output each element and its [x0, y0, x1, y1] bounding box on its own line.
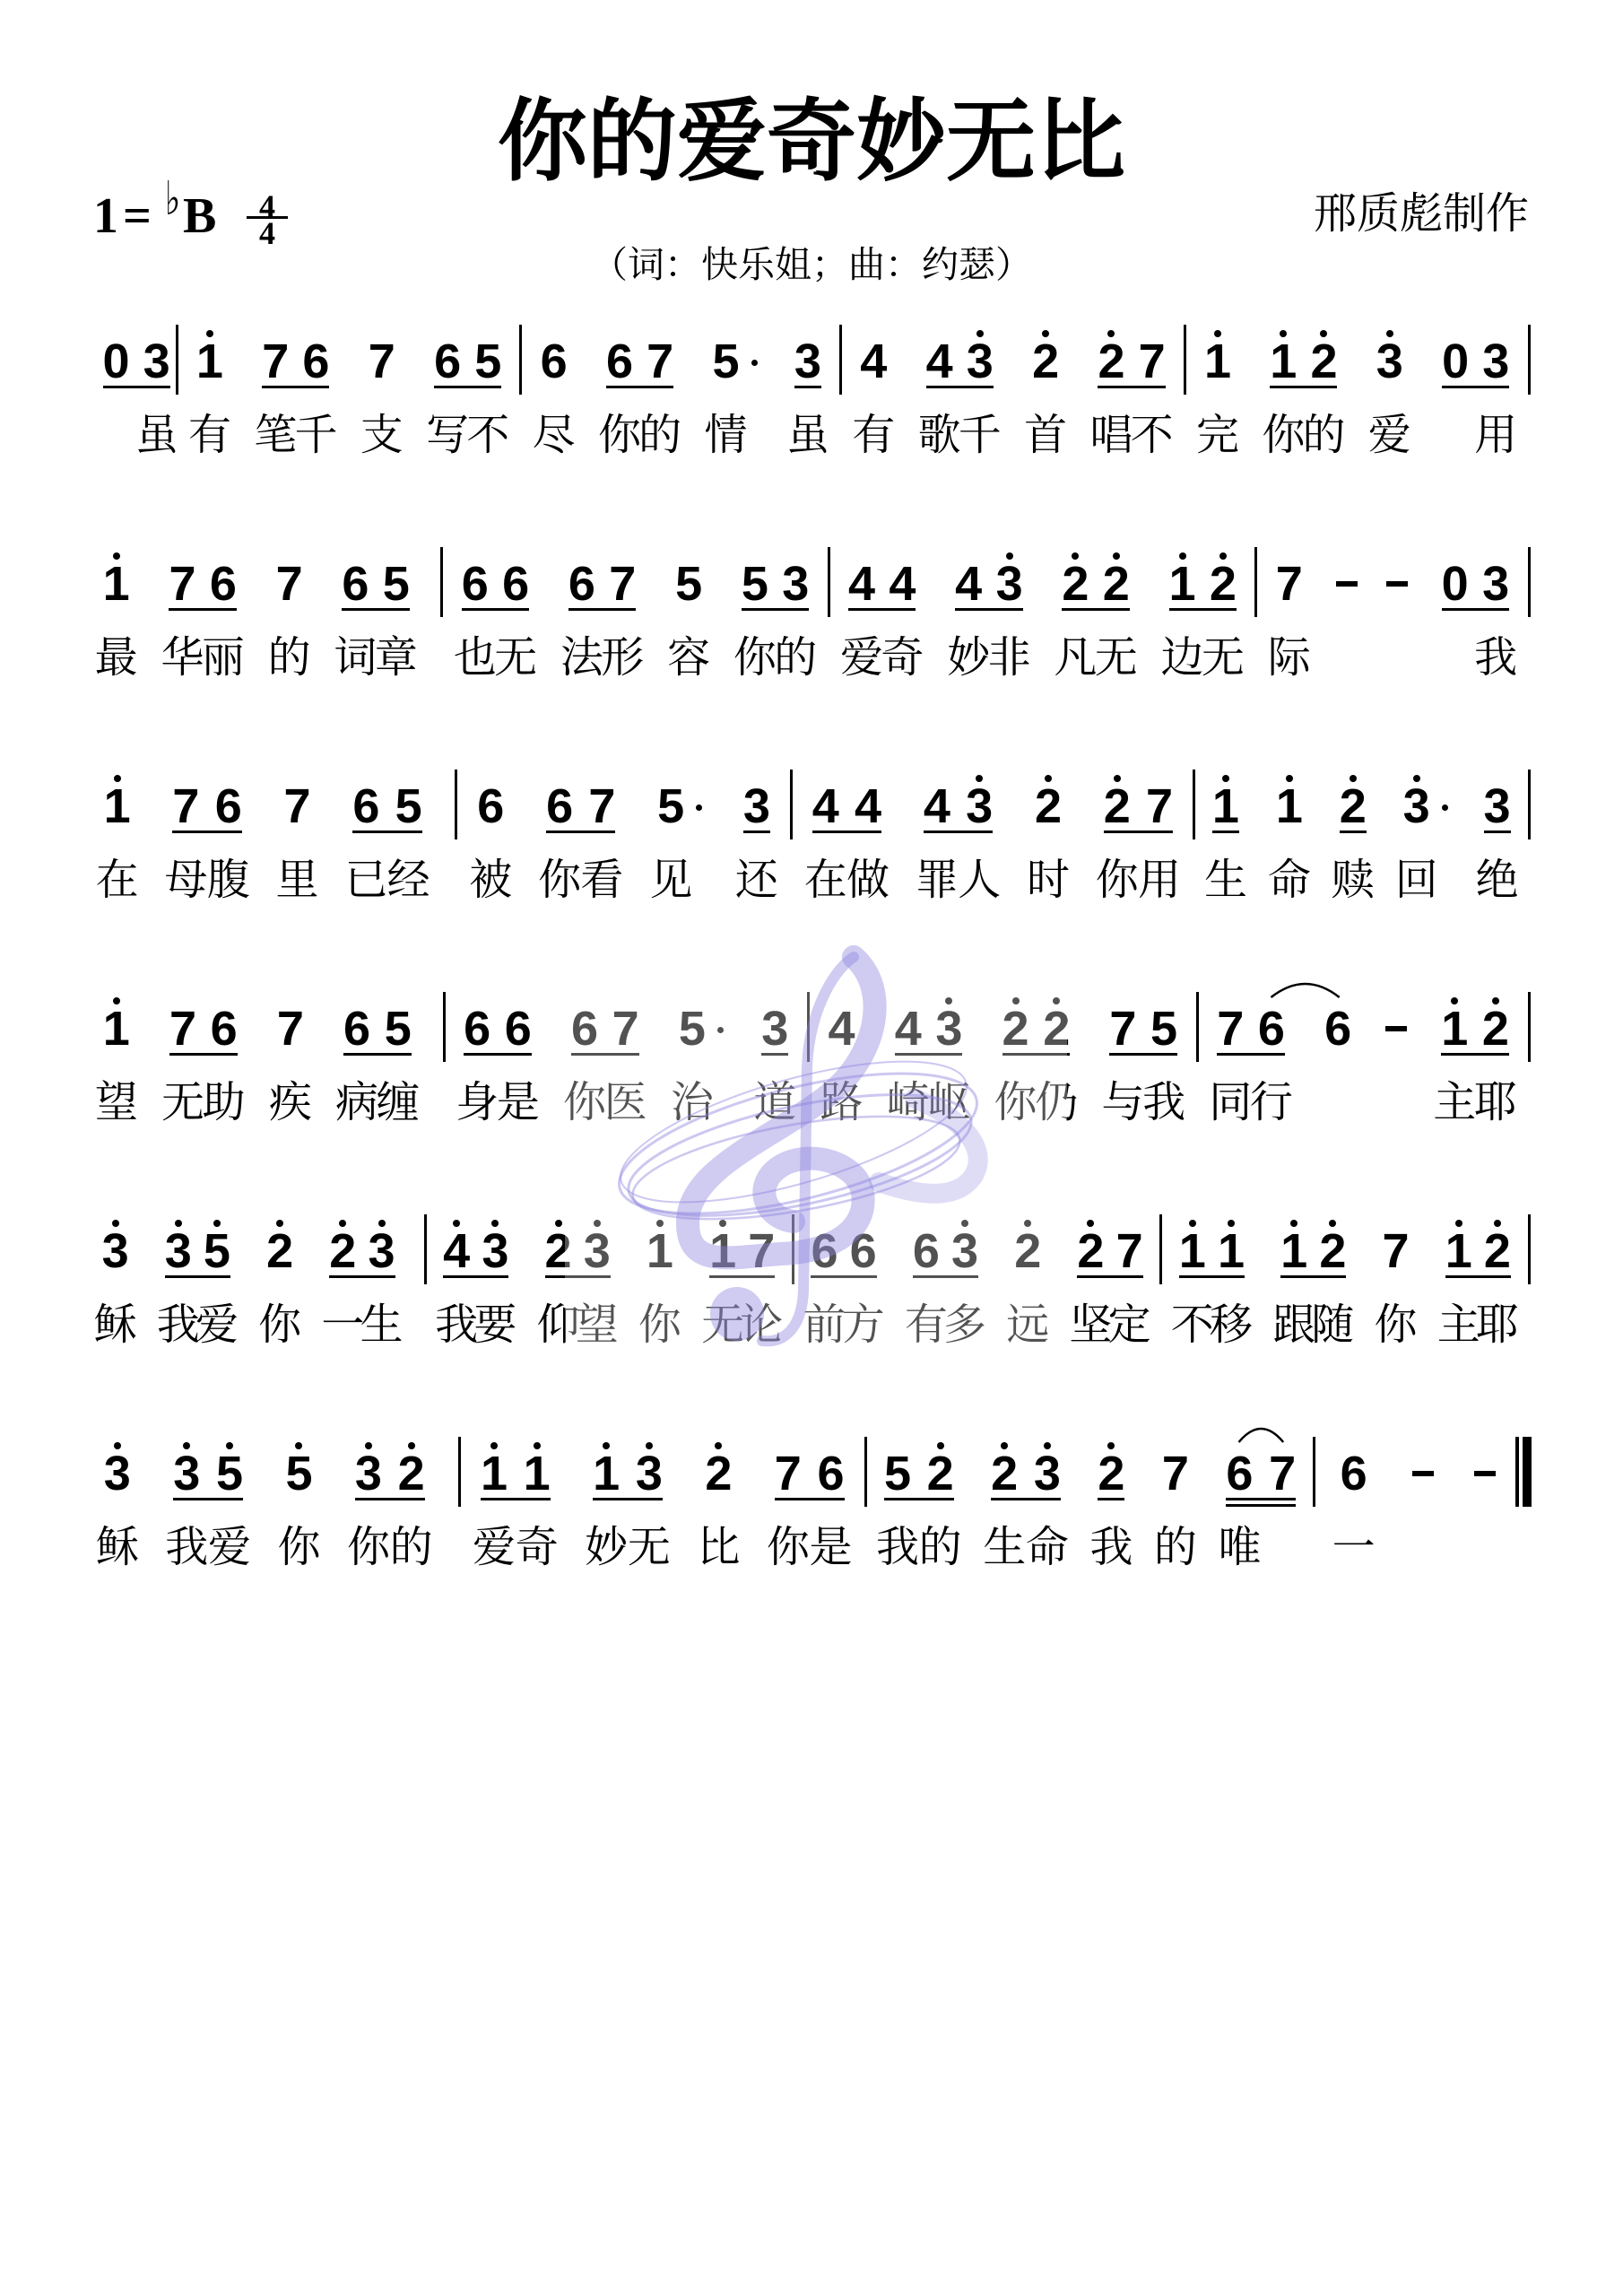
underline-beam [884, 1498, 954, 1500]
bar-line [424, 1214, 427, 1284]
bar-line [1528, 325, 1531, 395]
underline-beam [742, 608, 809, 611]
bar-line [458, 1437, 461, 1507]
lyric-syllable: 疾 [255, 1081, 326, 1124]
note-digit: 6 [600, 337, 639, 386]
lyric-syllable: 医 [590, 1081, 662, 1124]
note-digit: 7 [742, 1227, 781, 1275]
underline-beam [1226, 1498, 1296, 1500]
lyric-syllable: 我 [1460, 636, 1532, 679]
lyric-syllable: 不 [1116, 413, 1188, 457]
lyric-syllable: 岖 [913, 1081, 985, 1124]
underline-beam [848, 608, 916, 611]
lyric-syllable: 命 [1254, 858, 1325, 901]
note-digit: 2 [392, 1449, 431, 1498]
octave-dot-above [1044, 1442, 1051, 1449]
note-digit: 6 [811, 1449, 851, 1498]
octave-dot-above [112, 1220, 119, 1227]
bar-line [455, 770, 457, 839]
octave-dot-above [1006, 552, 1013, 560]
bar-line [790, 770, 793, 839]
sustain-dash [1386, 581, 1408, 587]
underline-beam [1442, 608, 1509, 611]
note-digit: 4 [848, 782, 888, 831]
underline-beam [172, 831, 241, 833]
slur-arc [1237, 1427, 1285, 1445]
underline-beam [103, 386, 170, 388]
note-digit: 3 [1478, 782, 1517, 831]
score: 03虽1有7笔6千7支6写5不6尽6你7的5情3虽4有4歌3千2首2唱7不1完1… [0, 0, 1623, 2296]
note-digit: 6 [209, 782, 248, 831]
note-digit: 3 [788, 337, 828, 386]
underline-beam [481, 1498, 551, 1500]
note-digit: 1 [586, 1449, 626, 1498]
note-digit: 4 [437, 1227, 476, 1275]
note-digit: 6 [471, 782, 510, 831]
note-digit: 6 [428, 337, 467, 386]
underline-beam [926, 386, 994, 388]
note-digit: 6 [496, 560, 535, 608]
octave-dot-above [1494, 1220, 1501, 1227]
bar-line [828, 547, 830, 617]
octave-dot-above [1179, 552, 1186, 560]
octave-dot-above [1222, 775, 1229, 782]
note-digit: 2 [1091, 1449, 1131, 1498]
underline-beam [355, 1498, 425, 1500]
octave-dot-above [594, 1220, 601, 1227]
underline-beam [895, 1053, 963, 1056]
note-digit: 1 [1163, 560, 1202, 608]
note-digit: 7 [768, 1449, 808, 1498]
lyric-syllable: 人 [943, 858, 1015, 901]
note-digit: 1 [1439, 1227, 1479, 1275]
note-digit: 3 [475, 1227, 515, 1275]
note-digit: 5 [378, 1004, 418, 1053]
underline-beam [913, 1275, 978, 1278]
lyric-syllable: 路 [806, 1081, 878, 1124]
note-digit: 2 [1097, 560, 1136, 608]
lyric-syllable: 方 [828, 1303, 899, 1346]
note-digit: 2 [1055, 560, 1095, 608]
note-digit: 4 [920, 337, 959, 386]
underline-beam [1212, 831, 1239, 833]
lyric-syllable: 千 [280, 413, 352, 457]
bar-line [1193, 770, 1195, 839]
note-digit: 3 [960, 337, 1000, 386]
note-digit: 4 [806, 782, 846, 831]
bar-line [1528, 1214, 1531, 1284]
bar-line [440, 547, 443, 617]
note-digit: 1 [1206, 782, 1245, 831]
note-digit: 6 [540, 782, 579, 831]
augmentation-dot [717, 1027, 724, 1033]
note-digit: 5 [707, 337, 746, 386]
lyric-syllable: 道 [739, 1081, 811, 1124]
note-digit: 7 [582, 782, 621, 831]
lyric-syllable: 的 [1288, 413, 1359, 457]
note-digit: 7 [606, 1004, 646, 1053]
note-digit: 7 [271, 1004, 310, 1053]
lyric-syllable: 多 [929, 1303, 1001, 1346]
note-digit: 5 [878, 1449, 917, 1498]
underline-beam [955, 608, 1022, 611]
lyric-syllable: 要 [459, 1303, 531, 1346]
underline-beam [443, 1275, 508, 1278]
lyric-syllable: 有 [174, 413, 246, 457]
octave-dot-above [378, 1220, 386, 1227]
octave-dot-above [408, 1442, 415, 1449]
note-digit: 3 [159, 1227, 198, 1275]
note-digit: 4 [949, 560, 988, 608]
lyric-syllable: 腹 [193, 858, 265, 901]
lyric-syllable: 的 [1140, 1526, 1211, 1569]
underline-beam [761, 1053, 788, 1056]
note-digit: 1 [640, 1227, 680, 1275]
lyric-syllable: 的 [759, 636, 831, 679]
octave-dot-above [534, 1442, 541, 1449]
note-digit: 3 [1370, 337, 1410, 386]
note-digit: 1 [1173, 1227, 1212, 1275]
note-digit: 1 [1270, 782, 1309, 831]
lyric-syllable: 爱 [181, 1303, 253, 1346]
note-digit: 2 [260, 1227, 299, 1275]
underline-beam [1179, 1275, 1245, 1278]
bar-line [792, 1214, 794, 1284]
note-digit: 6 [1334, 1449, 1374, 1498]
lyric-syllable: 是 [482, 1081, 554, 1124]
underline-beam [1098, 1498, 1124, 1500]
note-digit: 7 [163, 1004, 203, 1053]
lyric-syllable: 非 [974, 636, 1046, 679]
bar-line [1528, 770, 1531, 839]
note-digit: 3 [755, 1004, 794, 1053]
lyric-syllable: 我 [1075, 1526, 1147, 1569]
underline-beam [173, 1498, 243, 1500]
lyric-syllable: 随 [1297, 1303, 1368, 1346]
bar-line [1184, 325, 1186, 395]
underline-beam [812, 831, 881, 833]
lyric-syllable: 的 [254, 636, 325, 679]
note-digit: 2 [1203, 560, 1243, 608]
note-digit: 2 [1476, 1004, 1515, 1053]
note-digit: 3 [1476, 560, 1515, 608]
note-digit: 1 [98, 782, 137, 831]
octave-dot-above [1386, 330, 1393, 337]
lyric-syllable: 你 [263, 1526, 334, 1569]
underline-beam [1441, 1053, 1509, 1056]
augmentation-dot [696, 804, 702, 811]
underline-beam [329, 1275, 395, 1278]
lyric-syllable: 还 [721, 858, 793, 901]
lyric-syllable: 首 [1010, 413, 1081, 457]
lyric-syllable: 赎 [1317, 858, 1389, 901]
lyric-syllable: 爱 [1354, 413, 1426, 457]
bar-line [864, 1437, 867, 1507]
underline-beam [262, 386, 329, 388]
lyric-syllable: 容 [653, 636, 725, 679]
note-digit: 3 [945, 1227, 985, 1275]
lyric-syllable: 你 [1360, 1303, 1432, 1346]
note-digit: 6 [204, 560, 243, 608]
lyric-syllable: 时 [1012, 858, 1084, 901]
octave-dot-above [555, 1220, 562, 1227]
sheet-music-page: 你的爱奇妙无比 邢质彪制作 （词：快乐姐；曲：约瑟） 1 = ♭ B 4 4 0… [0, 0, 1623, 2296]
lyric-syllable: 你 [624, 1303, 696, 1346]
underline-beam [546, 831, 615, 833]
note-digit: 7 [1133, 337, 1172, 386]
note-digit: 2 [985, 1449, 1024, 1498]
lyric-syllable: 爱 [194, 1526, 265, 1569]
note-digit: 1 [1274, 1227, 1314, 1275]
note-digit: 7 [1263, 1449, 1302, 1498]
note-digit: 5 [468, 337, 508, 386]
note-digit: 5 [197, 1227, 237, 1275]
lyric-syllable: 虽 [772, 413, 844, 457]
octave-dot-above [1189, 1220, 1196, 1227]
lyric-syllable: 千 [944, 413, 1016, 457]
underline-beam [1226, 1504, 1296, 1507]
lyric-syllable: 看 [566, 858, 638, 901]
underline-beam [606, 386, 673, 388]
note-digit: 3 [929, 1004, 968, 1053]
octave-dot-above [961, 1220, 968, 1227]
underline-beam [1002, 1053, 1071, 1056]
note-digit: 2 [1028, 782, 1068, 831]
note-digit: 3 [1028, 1449, 1067, 1498]
underline-beam [991, 1498, 1061, 1500]
note-digit: 3 [1397, 782, 1436, 831]
bar-line [176, 325, 178, 395]
lyric-syllable: 你 [244, 1303, 316, 1346]
note-digit: 7 [603, 560, 642, 608]
lyric-syllable: 唯 [1203, 1526, 1275, 1569]
lyric-syllable: 见 [635, 858, 707, 901]
note-digit: 6 [1252, 1004, 1291, 1053]
underline-beam [709, 1275, 775, 1278]
note-digit: 6 [565, 1004, 604, 1053]
lyric-syllable: 命 [1011, 1526, 1083, 1569]
underline-beam [794, 386, 821, 388]
lyric-syllable: 望 [561, 1303, 633, 1346]
note-digit: 1 [1211, 1227, 1251, 1275]
octave-dot-above [1214, 330, 1221, 337]
octave-dot-above [656, 1220, 664, 1227]
note-digit: 3 [959, 782, 999, 831]
bar-line [1196, 992, 1199, 1062]
note-digit: 5 [389, 782, 429, 831]
underline-beam [1109, 1053, 1177, 1056]
note-digit: 2 [1091, 337, 1131, 386]
octave-dot-above [365, 1442, 372, 1449]
note-digit: 2 [1026, 337, 1065, 386]
note-digit: 1 [517, 1449, 557, 1498]
note-digit: 2 [1098, 782, 1137, 831]
lyric-syllable: 无 [480, 636, 551, 679]
note-digit: 4 [917, 782, 957, 831]
lyric-syllable: 助 [188, 1081, 260, 1124]
octave-dot-above [646, 1442, 653, 1449]
lyric-syllable: 际 [1254, 636, 1325, 679]
underline-beam [1217, 1053, 1285, 1056]
note-digit: 3 [96, 1227, 135, 1275]
octave-dot-above [1455, 1220, 1462, 1227]
lyric-syllable: 缠 [362, 1081, 434, 1124]
note-digit: 7 [1211, 1004, 1250, 1053]
underline-beam [165, 1275, 230, 1278]
lyric-syllable: 在 [82, 858, 153, 901]
note-digit: 5 [735, 560, 775, 608]
note-digit: 7 [640, 337, 680, 386]
note-digit: 3 [737, 782, 777, 831]
octave-dot-above [206, 330, 213, 337]
lyric-syllable: 仍 [1020, 1081, 1092, 1124]
lyric-syllable: 远 [992, 1303, 1063, 1346]
lyric-syllable: 回 [1381, 858, 1453, 901]
note-digit: 1 [97, 560, 136, 608]
underline-beam [1169, 608, 1237, 611]
bar-line [1254, 547, 1257, 617]
augmentation-dot [751, 360, 758, 366]
note-digit: 7 [1156, 1449, 1195, 1498]
note-digit: 7 [162, 560, 202, 608]
note-digit: 7 [1270, 560, 1309, 608]
octave-dot-above [1286, 775, 1293, 782]
lyric-syllable: 最 [81, 636, 152, 679]
note-digit: 3 [990, 560, 1029, 608]
note-digit: 5 [669, 560, 708, 608]
bar-line [1159, 1214, 1162, 1284]
sustain-dash [1336, 581, 1358, 587]
lyric-syllable: 无 [1187, 636, 1259, 679]
underline-beam [1280, 1275, 1346, 1278]
bar-line [1528, 547, 1531, 617]
lyric-syllable: 我 [1128, 1081, 1200, 1124]
underline-beam [1442, 386, 1509, 388]
octave-dot-above [213, 1220, 221, 1227]
note-digit: 7 [1110, 1227, 1150, 1275]
underline-beam [1077, 1275, 1142, 1278]
lyric-syllable: 有 [838, 413, 909, 457]
underline-beam [1484, 831, 1511, 833]
octave-dot-above [1413, 775, 1420, 782]
underline-beam [1340, 831, 1367, 833]
note-digit: 6 [1219, 1449, 1259, 1498]
underline-beam [545, 1275, 611, 1278]
underline-beam [1270, 386, 1337, 388]
note-digit: 6 [1318, 1004, 1358, 1053]
lyric-syllable: 移 [1195, 1303, 1267, 1346]
lyric-syllable: 稣 [82, 1526, 153, 1569]
octave-dot-above [226, 1442, 233, 1449]
lyric-syllable: 不 [452, 413, 524, 457]
note-digit: 2 [1313, 1227, 1352, 1275]
octave-dot-above [1113, 552, 1120, 560]
lyric-syllable: 用 [1460, 413, 1532, 457]
note-digit: 4 [842, 560, 881, 608]
underline-beam [352, 831, 421, 833]
note-digit: 6 [296, 337, 335, 386]
note-digit: 4 [822, 1004, 862, 1053]
underline-beam [1098, 386, 1165, 388]
underline-beam [924, 831, 993, 833]
note-digit: 3 [577, 1227, 617, 1275]
note-digit: 7 [362, 337, 402, 386]
note-digit: 1 [1198, 337, 1237, 386]
bar-line [807, 992, 810, 1062]
note-digit: 1 [1435, 1004, 1474, 1053]
note-digit: 2 [539, 1227, 578, 1275]
underline-beam [593, 1498, 663, 1500]
lyric-syllable: 的 [624, 413, 696, 457]
note-digit: 2 [996, 1004, 1036, 1053]
lyric-syllable: 生 [346, 1303, 418, 1346]
lyric-syllable: 被 [455, 858, 526, 901]
underline-beam [1445, 1275, 1511, 1278]
note-digit: 2 [1008, 1227, 1047, 1275]
octave-dot-above [1219, 552, 1227, 560]
rest-digit: 0 [1436, 337, 1475, 386]
octave-dot-above [1492, 997, 1499, 1004]
underline-beam [743, 831, 770, 833]
lyric-syllable: 里 [262, 858, 334, 901]
note-digit: 4 [889, 1004, 928, 1053]
lyric-syllable: 支 [346, 413, 418, 457]
note-digit: 6 [562, 560, 602, 608]
lyric-syllable: 耶 [1460, 1081, 1532, 1124]
lyric-syllable: 论 [725, 1303, 797, 1346]
lyric-syllable: 定 [1094, 1303, 1166, 1346]
octave-dot-above [976, 330, 984, 337]
underline-beam [568, 608, 636, 611]
note-digit: 6 [204, 1004, 244, 1053]
underline-beam [169, 1053, 238, 1056]
octave-dot-above [113, 552, 120, 560]
lyric-syllable: 经 [373, 858, 445, 901]
slur-arc [1270, 982, 1341, 1000]
lyric-syllable: 奇 [501, 1526, 573, 1569]
underline-beam [462, 608, 529, 611]
underline-beam [1104, 831, 1173, 833]
underline-beam [434, 386, 501, 388]
underline-beam [775, 1498, 845, 1500]
note-digit: 2 [921, 1449, 960, 1498]
note-digit: 3 [98, 1449, 137, 1498]
underline-beam [571, 1053, 639, 1056]
note-digit: 3 [137, 337, 177, 386]
note-digit: 3 [629, 1449, 669, 1498]
note-digit: 5 [673, 1004, 712, 1053]
octave-dot-above [175, 1220, 182, 1227]
rest-digit: 0 [1436, 560, 1475, 608]
underline-beam [169, 608, 236, 611]
octave-dot-above [1350, 775, 1357, 782]
octave-dot-above [1114, 775, 1121, 782]
note-digit: 5 [210, 1449, 249, 1498]
note-digit: 1 [97, 1004, 136, 1053]
lyric-syllable: 生 [1190, 858, 1262, 901]
lyric-syllable: 无 [1081, 636, 1152, 679]
lyric-syllable: 情 [690, 413, 762, 457]
lyric-syllable: 完 [1182, 413, 1254, 457]
note-digit: 7 [1376, 1227, 1416, 1275]
underline-beam [811, 1275, 876, 1278]
octave-dot-above [937, 1442, 944, 1449]
note-digit: 3 [1476, 337, 1515, 386]
lyric-syllable: 用 [1124, 858, 1195, 901]
note-digit: 7 [270, 560, 309, 608]
note-digit: 2 [1304, 337, 1343, 386]
lyric-syllable: 望 [81, 1081, 152, 1124]
